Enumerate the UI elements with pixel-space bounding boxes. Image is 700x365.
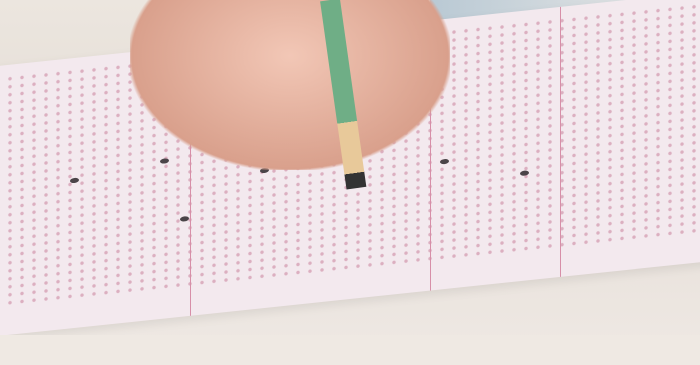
table-surface: [0, 335, 700, 365]
column-divider: [560, 7, 561, 277]
hand: [130, 0, 450, 170]
